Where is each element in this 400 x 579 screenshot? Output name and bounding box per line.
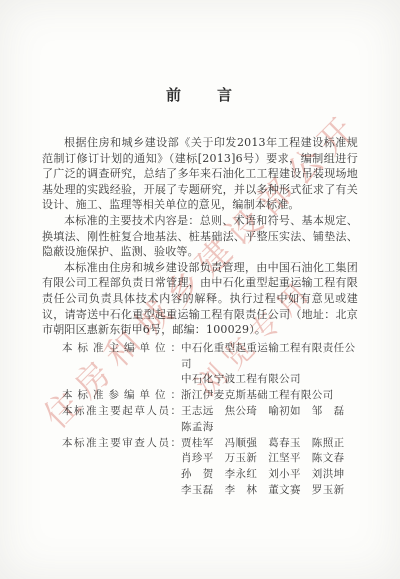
paragraph-contents: 本标准的主要技术内容是：总则、术语和符号、基本规定、换填法、刚性桩复合地基法、桩… (42, 213, 358, 260)
credit-row-chief-editor: 本标准主编单位： 中石化重型起重运输工程有限责任公司 中石化宁波工程有限公司 (62, 341, 358, 388)
foreword-body: 根据住房和城乡建设部《关于印发2013年工程建设标准规范制订修订计划的通知》（建… (42, 135, 358, 338)
credit-row-drafters: 本标准主要起草人员： 王志远 焦公琦 喻初如 邹 磊 陈孟海 (62, 404, 358, 436)
credits-section: 本标准主编单位： 中石化重型起重运输工程有限责任公司 中石化宁波工程有限公司 本… (42, 341, 358, 499)
credit-label: 本标准主要起草人员： (62, 404, 181, 420)
document-page: 前 言 根据住房和城乡建设部《关于印发2013年工程建设标准规范制订修订计划的通… (0, 0, 400, 579)
credit-value: 孙 贺 李永红 刘小平 刘洪坤 (181, 467, 358, 483)
credit-value: 李玉磊 李 林 董文赛 罗玉新 (181, 483, 358, 499)
credit-label: 本标准参编单位： (62, 388, 181, 404)
credit-values: 浙江伊麦克斯基础工程有限公司 (181, 388, 358, 404)
credit-values: 王志远 焦公琦 喻初如 邹 磊 陈孟海 (181, 404, 358, 436)
credit-value: 中石化重型起重运输工程有限责任公司 (181, 341, 358, 373)
paragraph-basis: 根据住房和城乡建设部《关于印发2013年工程建设标准规范制订修订计划的通知》（建… (42, 135, 358, 213)
credit-value: 王志远 焦公琦 喻初如 邹 磊 (181, 404, 358, 420)
paragraph-management: 本标准由住房和城乡建设部负责管理，由中国石油化工集团有限公司工程部负责日常管理，… (42, 260, 358, 338)
credit-value: 中石化宁波工程有限公司 (181, 372, 358, 388)
credit-values: 中石化重型起重运输工程有限责任公司 中石化宁波工程有限公司 (181, 341, 358, 388)
credit-value: 肖珍平 万玉新 江坚平 陈文春 (181, 451, 358, 467)
page-title: 前 言 (42, 84, 358, 105)
credit-value: 浙江伊麦克斯基础工程有限公司 (181, 388, 358, 404)
credit-label: 本标准主要审查人员： (62, 436, 181, 452)
credit-row-reviewers: 本标准主要审查人员： 贾桂军 冯顺强 葛春玉 陈照正 肖珍平 万玉新 江坚平 陈… (62, 436, 358, 499)
credit-row-co-editor: 本标准参编单位： 浙江伊麦克斯基础工程有限公司 (62, 388, 358, 404)
credit-value: 陈孟海 (181, 420, 358, 436)
credit-value: 贾桂军 冯顺强 葛春玉 陈照正 (181, 436, 358, 452)
credit-label: 本标准主编单位： (62, 341, 181, 357)
credit-values: 贾桂军 冯顺强 葛春玉 陈照正 肖珍平 万玉新 江坚平 陈文春 孙 贺 李永红 … (181, 436, 358, 499)
